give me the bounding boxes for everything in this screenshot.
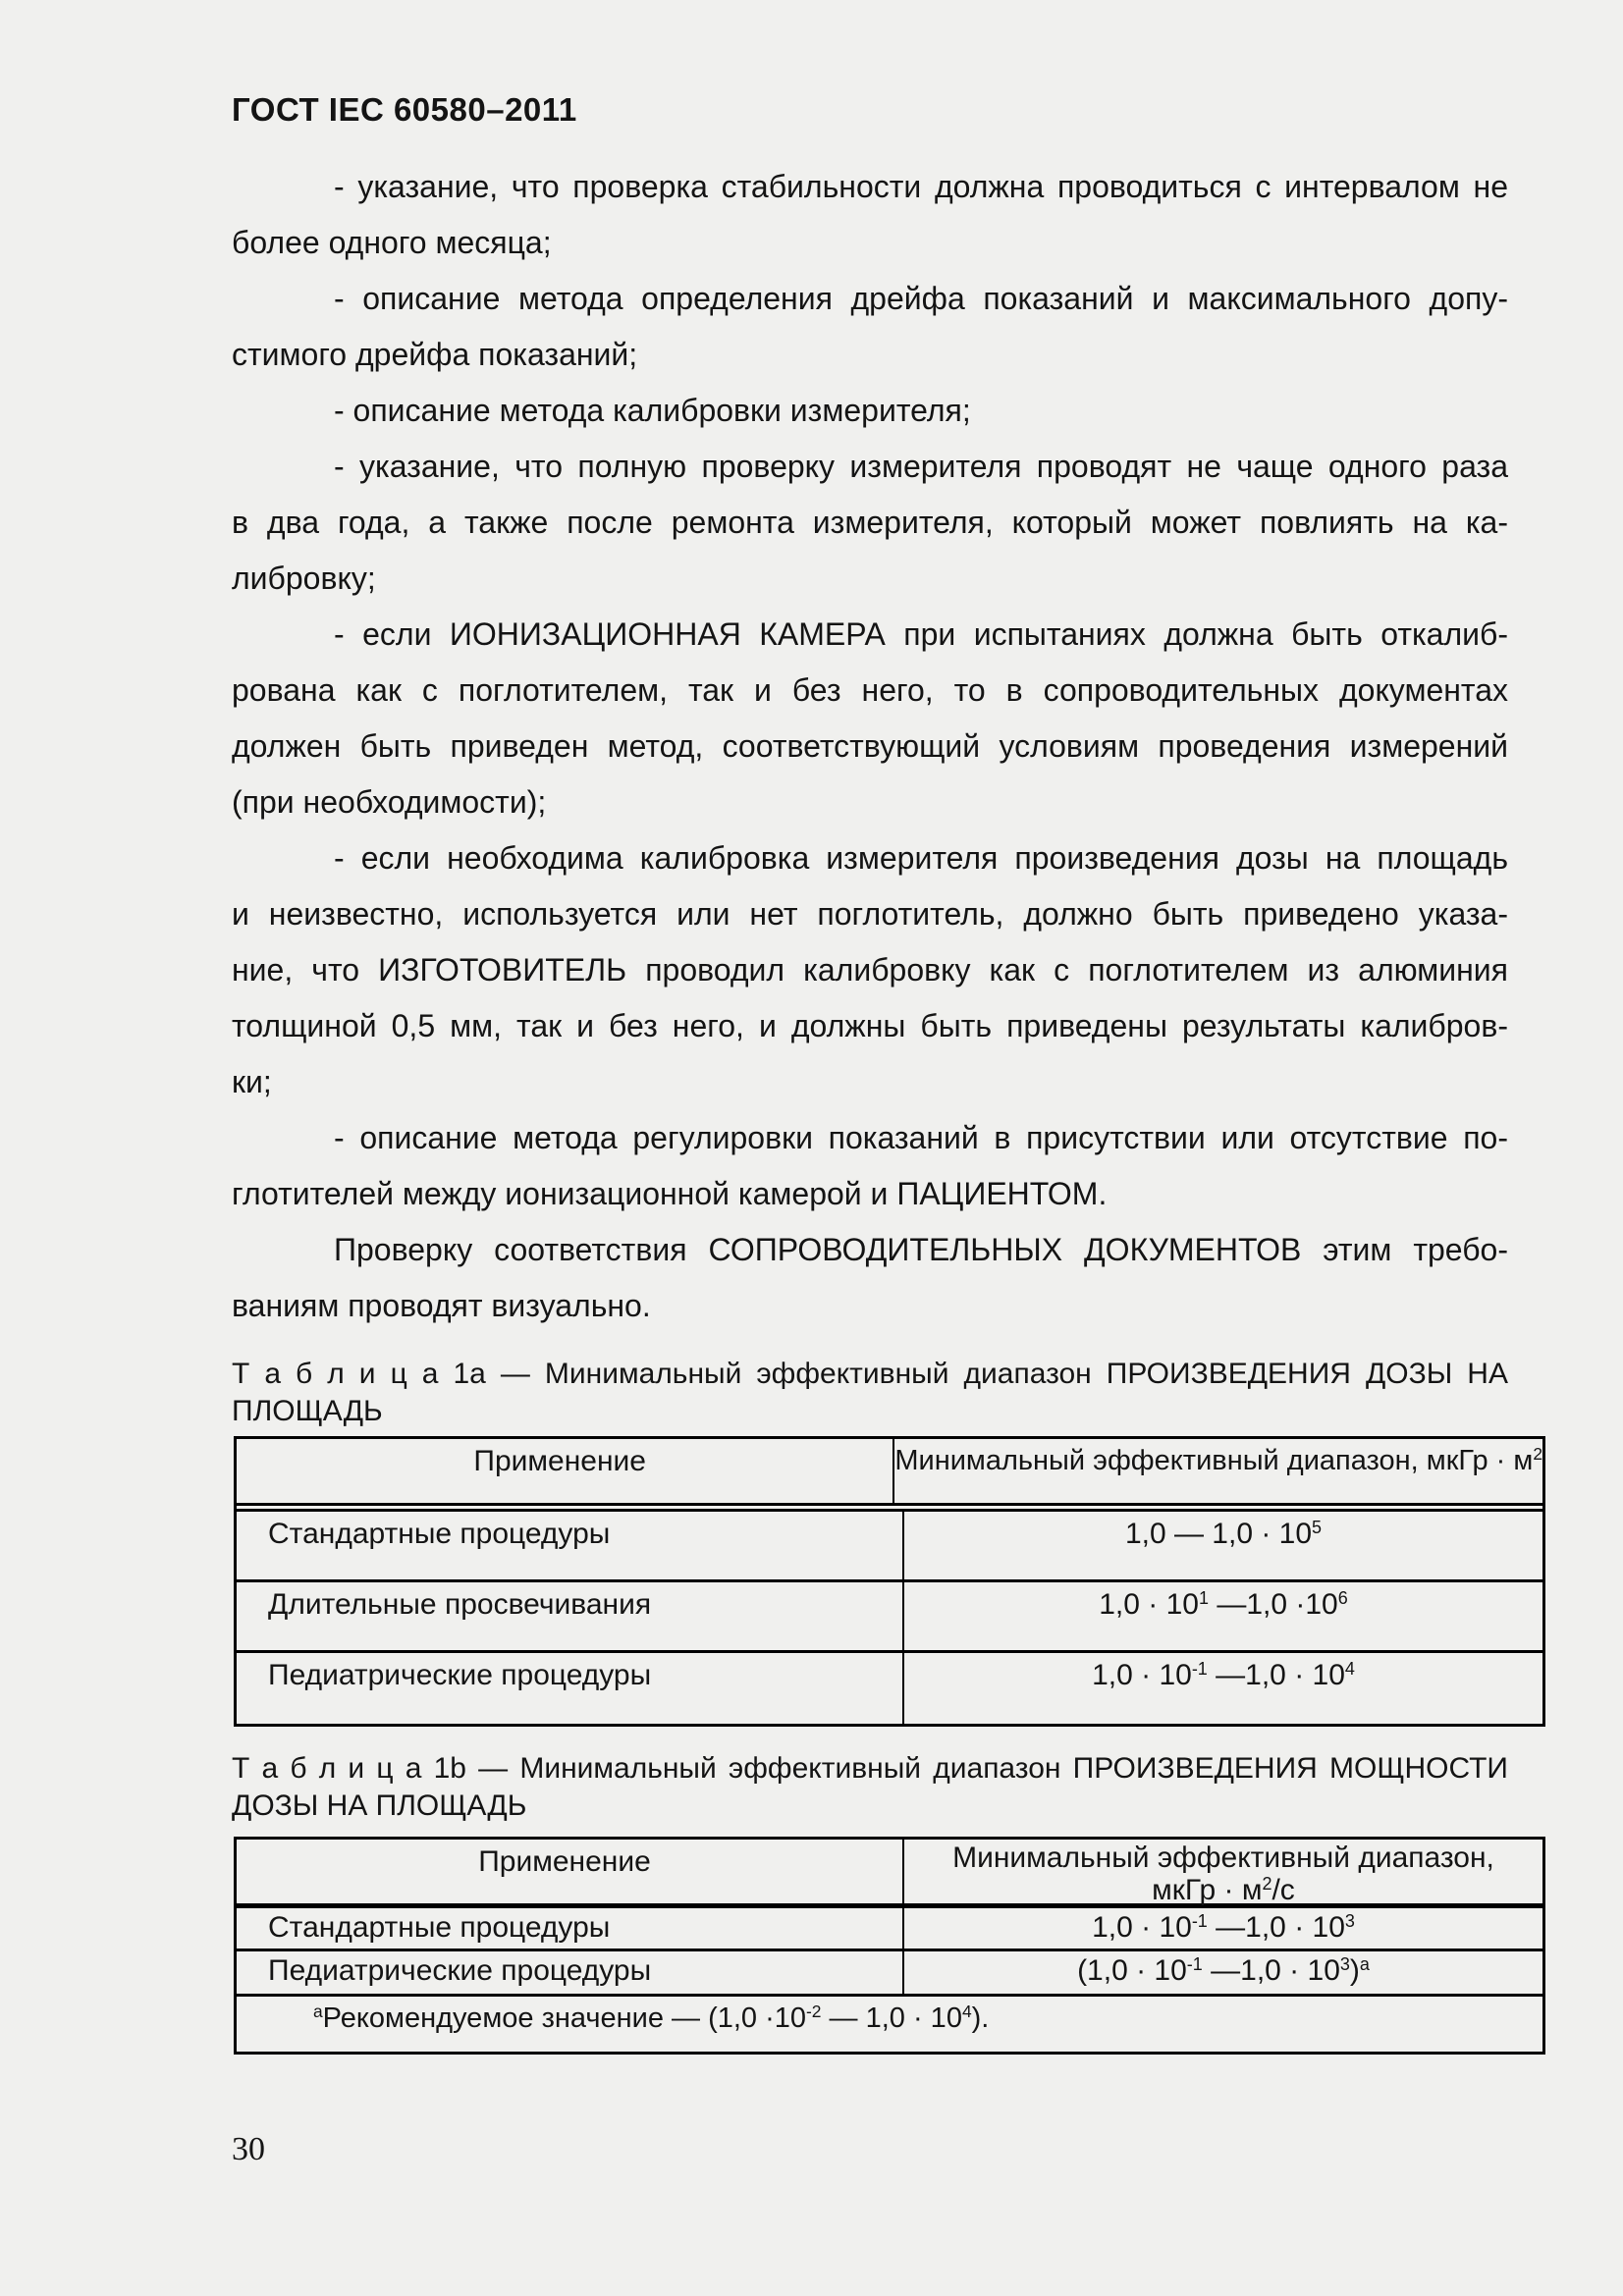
table-1a-caption-line: Т а б л и ц а 1а — Минимальный эффективн… (232, 1356, 1508, 1393)
table-1a-caption: Т а б л и ц а 1а — Минимальный эффективн… (232, 1356, 1508, 1430)
range-cell: 1,0 — 1,0 · 105 (902, 1512, 1542, 1579)
body-text-line: (при необходимости); (232, 774, 1508, 830)
table-1b-header-application: Применение (237, 1840, 902, 1903)
body-text-line: ки; (232, 1054, 1508, 1110)
body-text-line: в два года, а также после ремонта измери… (232, 495, 1508, 551)
header-range-line: Минимальный эффективный диапазон, (904, 1842, 1542, 1874)
body-text: - указание, что проверка стабильности до… (232, 159, 1508, 1334)
table-1a-header-range: Минимальный эффективный диапазон, мкГр ·… (893, 1439, 1542, 1503)
table-1b-caption: Т а б л и ц а 1b — Минимальный эффективн… (232, 1750, 1508, 1825)
text-segment: —1,0 · 10 (1203, 1954, 1340, 1987)
table-1b: ПрименениеМинимальный эффективный диапаз… (234, 1837, 1545, 2055)
table-1a-row: Стандартные процедуры1,0 — 1,0 · 105 (237, 1512, 1542, 1582)
application-cell: Стандартные процедуры (237, 1512, 902, 1579)
table-1a: ПрименениеМинимальный эффективный диапаз… (234, 1436, 1545, 1727)
text-segment: Минимальный эффективный диапазон, мкГр ·… (894, 1445, 1533, 1476)
table-1a-row: Педиатрические процедуры1,0 · 10-1 —1,0 … (237, 1653, 1542, 1724)
table-1b-row: Педиатрические процедуры(1,0 · 10-1 —1,0… (237, 1951, 1542, 1997)
body-text-line: стимого дрейфа показаний; (232, 327, 1508, 383)
text-segment: 1,0 · 10 (1092, 1911, 1192, 1944)
page-number: 30 (232, 2131, 1508, 2168)
text-segment: —1,0 · 10 (1208, 1659, 1345, 1691)
text-segment: 1,0 · 10 (1092, 1659, 1192, 1691)
table-1a-header-application: Применение (237, 1439, 893, 1503)
table-1a-header-row: ПрименениеМинимальный эффективный диапаз… (237, 1439, 1542, 1512)
text-segment: — 1,0 · 10 (821, 2002, 961, 2034)
body-text-line: - описание метода определения дрейфа пок… (232, 271, 1508, 327)
range-cell: (1,0 · 10-1 —1,0 · 103)a (902, 1951, 1542, 1994)
text-segment: /с (1271, 1874, 1294, 1906)
table-1b-header-range: Минимальный эффективный диапазон,мкГр · … (902, 1840, 1542, 1903)
text-segment: ). (972, 2002, 990, 2034)
body-text-line: - указание, что полную проверку измерите… (232, 439, 1508, 495)
text-segment: ) (1350, 1954, 1360, 1987)
text-segment: Минимальный эффективный диапазон, (952, 1842, 1494, 1874)
text-segment: (1,0 · 10 (1077, 1954, 1187, 1987)
application-cell: Стандартные процедуры (237, 1908, 902, 1949)
table-1b-header-row: ПрименениеМинимальный эффективный диапаз… (237, 1840, 1542, 1908)
table-1b-row: Стандартные процедуры1,0 · 10-1 —1,0 · 1… (237, 1908, 1542, 1951)
page-content: ГОСТ IEC 60580–2011 - указание, что пров… (232, 90, 1508, 2168)
body-text-line: - если ИОНИЗАЦИОННАЯ КАМЕРА при испытани… (232, 607, 1508, 663)
body-text-line: должен быть приведен метод, соответствую… (232, 719, 1508, 774)
table-1b-caption-line: Т а б л и ц а 1b — Минимальный эффективн… (232, 1750, 1508, 1788)
body-text-line: и неизвестно, используется или нет погло… (232, 886, 1508, 942)
text-segment: 1,0 — 1,0 · 10 (1125, 1518, 1312, 1550)
document-page: ГОСТ IEC 60580–2011 - указание, что пров… (0, 0, 1623, 2296)
body-text-line: Проверку соответствия СОПРОВОДИТЕЛЬНЫХ Д… (232, 1222, 1508, 1278)
table-1a-row: Длительные просвечивания1,0 · 101 —1,0 ·… (237, 1582, 1542, 1653)
table-1b-footnote: aРекомендуемое значение — (1,0 ·10-2 — 1… (237, 1997, 1542, 2052)
text-segment: —1,0 ·10 (1209, 1588, 1338, 1621)
application-cell: Педиатрические процедуры (237, 1951, 902, 1994)
range-cell: 1,0 · 10-1 —1,0 · 104 (902, 1653, 1542, 1724)
table-1b-caption-line: ДОЗЫ НА ПЛОЩАДЬ (232, 1788, 1508, 1825)
text-segment: 1,0 · 10 (1099, 1588, 1199, 1621)
body-text-line: - указание, что проверка стабильности до… (232, 159, 1508, 215)
body-text-line: толщиной 0,5 мм, так и без него, и должн… (232, 998, 1508, 1054)
body-text-line: глотителей между ионизационной камерой и… (232, 1166, 1508, 1222)
body-text-line: либровку; (232, 551, 1508, 607)
text-segment: Рекомендуемое значение — (1,0 ·10 (323, 2002, 806, 2034)
document-header-title: ГОСТ IEC 60580–2011 (232, 90, 1508, 130)
range-cell: 1,0 · 10-1 —1,0 · 103 (902, 1908, 1542, 1949)
body-text-line: более одного месяца; (232, 215, 1508, 271)
application-cell: Длительные просвечивания (237, 1582, 902, 1650)
body-text-line: ваниям проводят визуально. (232, 1278, 1508, 1334)
text-segment: мкГр · м (1152, 1874, 1262, 1906)
range-cell: 1,0 · 101 —1,0 ·106 (902, 1582, 1542, 1650)
body-text-line: - описание метода регулировки показаний … (232, 1110, 1508, 1166)
body-text-line: рована как с поглотителем, так и без нег… (232, 663, 1508, 719)
body-text-line: ние, что ИЗГОТОВИТЕЛЬ проводил калибровк… (232, 942, 1508, 998)
body-text-line: - описание метода калибровки измерителя; (232, 383, 1508, 439)
application-cell: Педиатрические процедуры (237, 1653, 902, 1724)
header-range-line: мкГр · м2/с (904, 1874, 1542, 1906)
table-1a-caption-line: ПЛОЩАДЬ (232, 1393, 1508, 1430)
text-segment: —1,0 · 10 (1208, 1911, 1345, 1944)
body-text-line: - если необходима калибровка измерителя … (232, 830, 1508, 886)
